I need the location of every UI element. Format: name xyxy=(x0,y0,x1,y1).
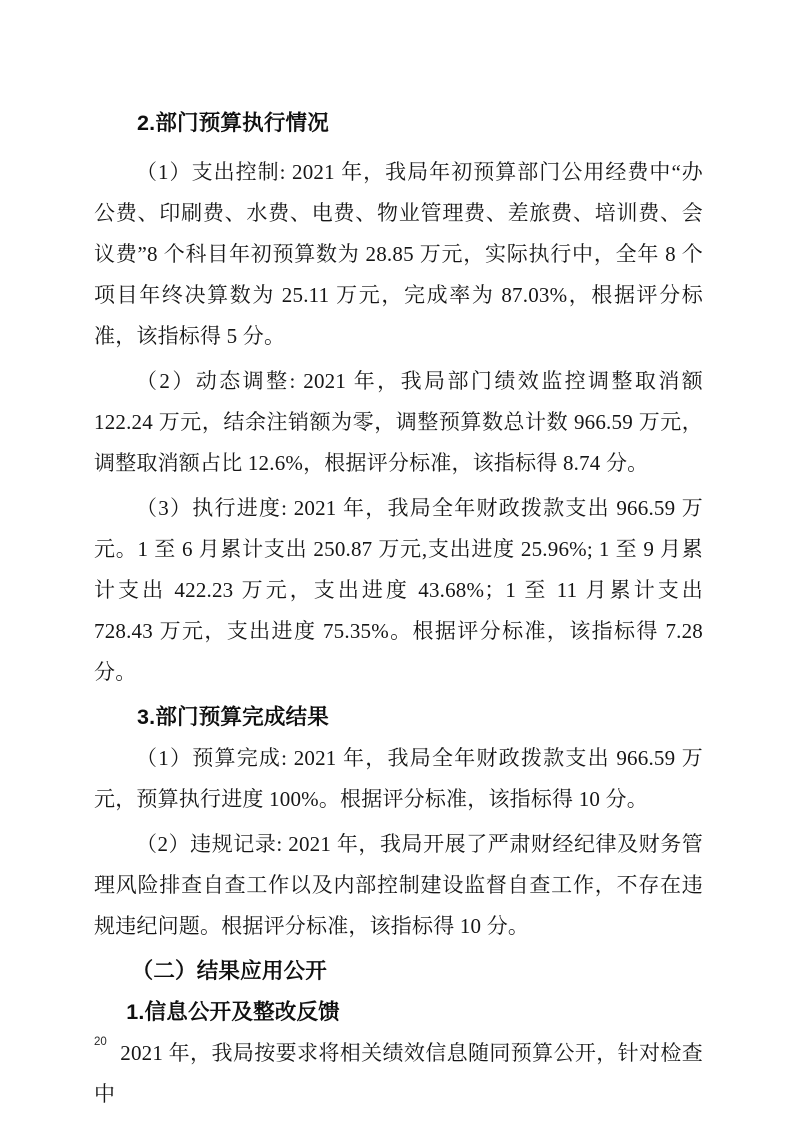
page-number: 20 xyxy=(94,1034,107,1050)
heading-info-disclosure: 1.信息公开及整改反馈 xyxy=(94,992,703,1033)
paragraph-info-disclosure: 2021 年，我局按要求将相关绩效信息随同预算公开，针对检查中 xyxy=(94,1033,703,1115)
heading-budget-completion: 3.部门预算完成结果 xyxy=(94,697,703,738)
document-page: 2.部门预算执行情况 （1）支出控制: 2021 年，我局年初预算部门公用经费中… xyxy=(0,0,794,1122)
paragraph-violation-record: （2）违规记录: 2021 年，我局开展了严肃财经纪律及财务管理风险排查自查工作… xyxy=(94,824,703,947)
paragraph-execution-progress: （3）执行进度: 2021 年，我局全年财政拨款支出 966.59 万元。1 至… xyxy=(94,488,703,693)
heading-result-application: （二）结果应用公开 xyxy=(94,951,703,992)
paragraph-dynamic-adjustment: （2）动态调整: 2021 年，我局部门绩效监控调整取消额 122.24 万元，… xyxy=(94,361,703,484)
paragraph-expenditure-control: （1）支出控制: 2021 年，我局年初预算部门公用经费中“办公费、印刷费、水费… xyxy=(94,152,703,357)
paragraph-budget-completion: （1）预算完成: 2021 年，我局全年财政拨款支出 966.59 万元，预算执… xyxy=(94,738,703,820)
document-body: 2.部门预算执行情况 （1）支出控制: 2021 年，我局年初预算部门公用经费中… xyxy=(94,0,703,1115)
heading-budget-execution: 2.部门预算执行情况 xyxy=(94,103,703,144)
